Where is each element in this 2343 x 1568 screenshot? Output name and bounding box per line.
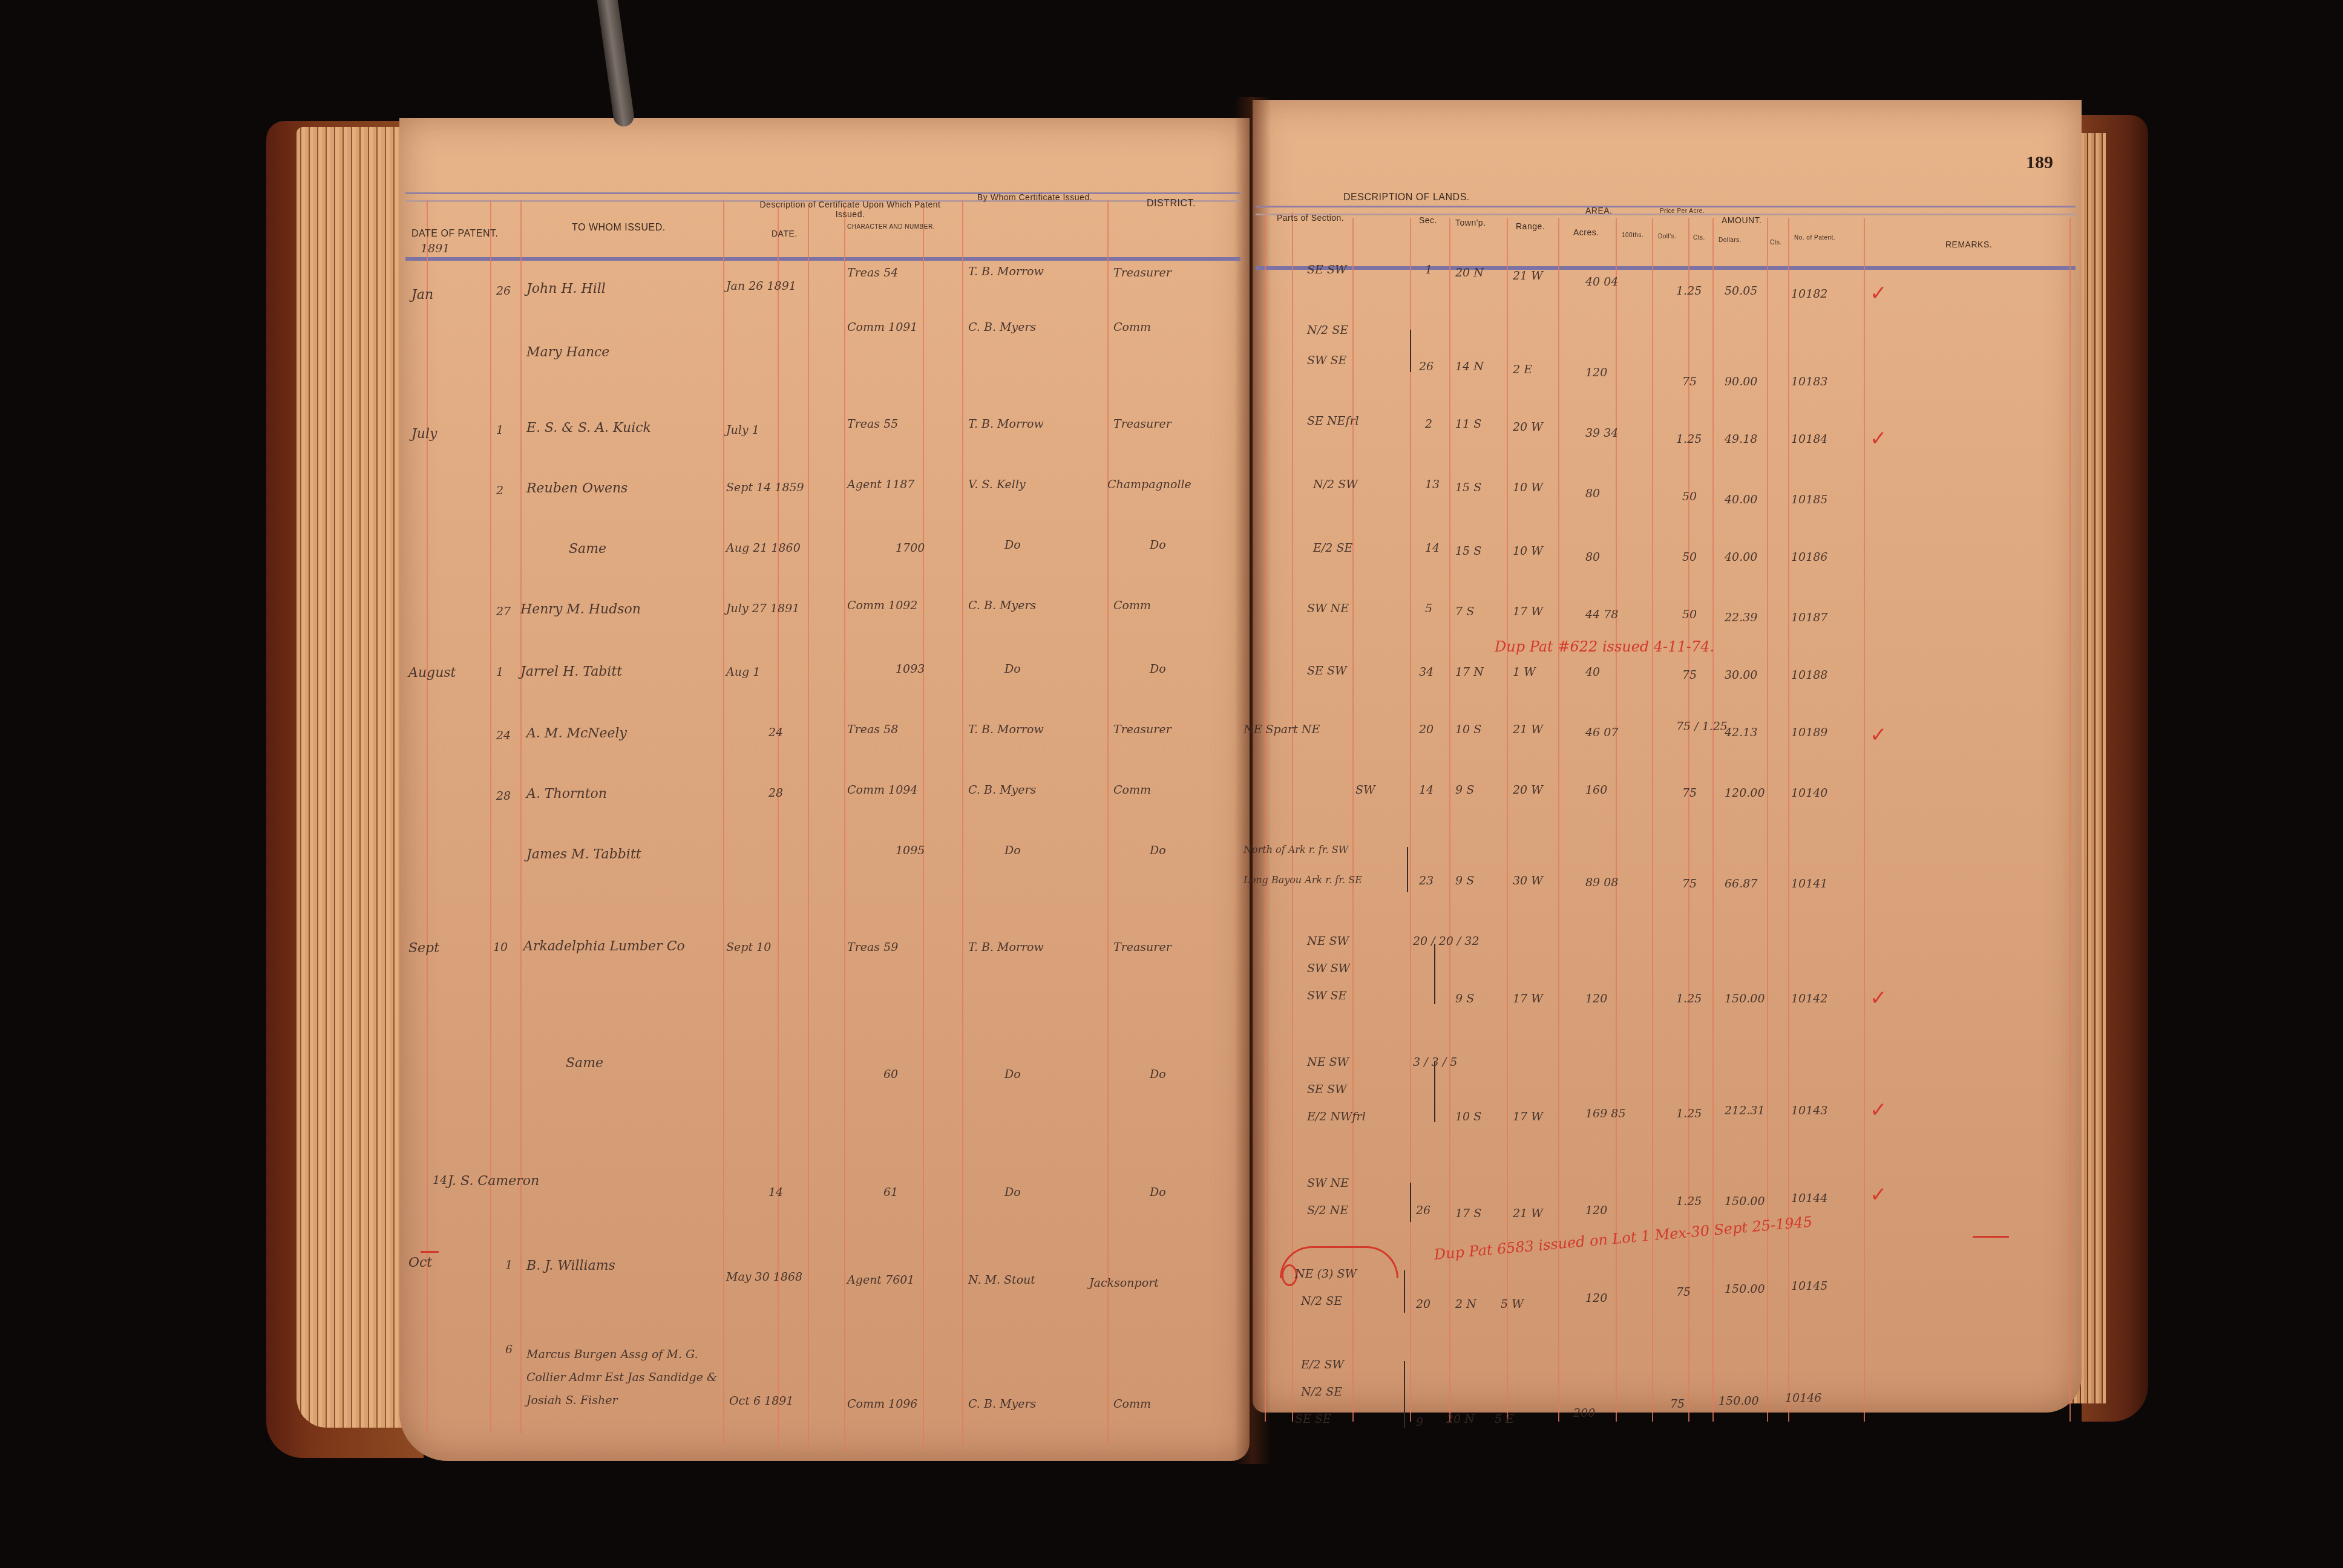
entry-price: 75 [1682, 668, 1697, 682]
col-line [1265, 212, 1266, 1422]
entry-name: John H. Hill [526, 281, 606, 296]
entry-sec: 26 [1419, 360, 1434, 373]
entry-name: B. J. Williams [526, 1258, 615, 1273]
entry-patent-no: 10182 [1791, 287, 1827, 301]
entry-sec: 9 [1416, 1416, 1423, 1429]
entry-town: 7 S [1455, 605, 1474, 618]
entry-town: 14 N [1455, 360, 1484, 373]
entry-range: 21 W [1513, 269, 1543, 283]
entry-day: 1 [496, 665, 503, 679]
entry-month: July [411, 426, 437, 442]
entry-amount: 150.00 [1719, 1394, 1758, 1408]
col-line [1352, 218, 1354, 1422]
entry-month: Jan [411, 287, 433, 302]
col-line [923, 206, 924, 1452]
entry-day: 2 [496, 484, 503, 497]
entry-price: 75 [1682, 877, 1697, 890]
entry-patent-no: 10145 [1791, 1279, 1827, 1293]
header-sec: Sec. [1419, 215, 1437, 225]
entry-patent-no: 10140 [1791, 786, 1827, 800]
entry-acres: 120 [1585, 366, 1607, 379]
entry-by-whom: Do [1004, 538, 1021, 552]
entry-name: Reuben Owens [526, 481, 628, 496]
entry-sec: 3 / 3 / 5 [1413, 1056, 1457, 1069]
entry-amount: 150.00 [1725, 992, 1765, 1005]
entry-sec: 13 [1425, 478, 1440, 491]
entry-name: Henry M. Hudson [520, 602, 641, 617]
entry-by-whom: T. B. Morrow [968, 265, 1044, 278]
entry-cert-day: 28 [768, 786, 783, 800]
entry-acres: 40 04 [1585, 275, 1618, 289]
col-line [427, 200, 428, 1434]
entry-cert-type: Treas 59 [847, 941, 898, 954]
entry-town: 9 S [1455, 783, 1474, 797]
entry-town: 17 S [1455, 1207, 1481, 1220]
entry-day: 27 [496, 605, 511, 618]
entry-price: 1.25 [1676, 433, 1702, 446]
header-by-whom: By Whom Certificate Issued. [971, 192, 1098, 202]
entry-cert-day: 24 [768, 726, 783, 739]
entry-range: 1 W [1513, 665, 1536, 679]
entry-cert-type: Comm 1091 [847, 321, 917, 334]
entry-range: 10 W [1513, 481, 1543, 494]
entry-cert-type: Treas 54 [847, 266, 898, 279]
entry-district: Comm [1113, 599, 1151, 612]
entry-price: 50 [1682, 550, 1697, 564]
entry-district: Treasurer [1113, 266, 1171, 279]
col-line [723, 200, 724, 1446]
entry-acres: 169 85 [1585, 1107, 1626, 1120]
entry-patent-no: 10142 [1791, 992, 1827, 1005]
entry-range: 10 W [1513, 544, 1543, 558]
entry-range: 21 W [1513, 723, 1543, 736]
entry-district: Comm [1113, 783, 1151, 797]
entry-name: A. M. McNeely [526, 726, 627, 741]
entry-range: 30 W [1513, 874, 1543, 887]
entry-day: 28 [496, 789, 511, 803]
entry-parts: NE SW [1307, 935, 1349, 948]
entry-parts: NE (3) SW [1295, 1267, 1357, 1281]
header-price-cts: Cts. [1693, 235, 1705, 241]
entry-range: 2 E [1513, 363, 1532, 376]
entry-price: 1.25 [1676, 992, 1702, 1005]
entry-amount: 49.18 [1725, 433, 1757, 446]
entry-acres: 46 07 [1585, 726, 1618, 739]
entry-town: 11 S [1455, 417, 1481, 431]
entry-acres: 120 [1585, 1204, 1607, 1217]
header-parts-of-section: Parts of Section. [1277, 213, 1344, 223]
entry-district: Treasurer [1113, 723, 1171, 736]
entry-sec: 34 [1419, 665, 1434, 679]
entry-acres: 40 [1585, 665, 1600, 679]
entry-cert-no: 1093 [896, 662, 925, 676]
entry-sec: 20 / 20 / 32 [1413, 935, 1480, 948]
entry-parts: E/2 SW [1301, 1358, 1344, 1371]
entry-price: 50 [1682, 608, 1697, 621]
entry-town: 20 N [1455, 266, 1484, 279]
header-amount-cts: Cts. [1770, 240, 1782, 246]
entry-patent-no: 10146 [1785, 1391, 1821, 1405]
entry-district: Do [1150, 538, 1166, 552]
entry-amount: 212.31 [1725, 1104, 1765, 1117]
entry-name: Arkadelphia Lumber Co [523, 939, 685, 954]
entry-amount: 150.00 [1725, 1195, 1765, 1208]
entry-patent-no: 10187 [1791, 611, 1827, 624]
entry-sec: 26 [1416, 1204, 1430, 1217]
entry-town: 9 S [1455, 874, 1474, 887]
col-line [1864, 218, 1865, 1422]
entry-district: Do [1150, 844, 1166, 857]
entry-sec: 2 [1425, 417, 1432, 431]
header-description-of-lands: DESCRIPTION OF LANDS. [1343, 192, 1470, 203]
entry-cert-no: 61 [883, 1186, 898, 1199]
entry-price: 75 [1676, 1285, 1691, 1299]
entry-sec: 20 [1416, 1298, 1430, 1311]
entry-cert-date: Jan 26 1891 [726, 279, 796, 293]
col-line [2069, 218, 2071, 1422]
entry-parts: SE SW [1307, 1083, 1346, 1096]
entry-range: 17 W [1513, 1110, 1543, 1123]
entry-acres: 89 08 [1585, 876, 1618, 889]
entry-by-whom: T. B. Morrow [968, 417, 1044, 431]
header-acres: Acres. [1573, 227, 1599, 237]
entry-cert-date: July 1 [726, 423, 759, 437]
entry-parts: N/2 SE [1301, 1385, 1342, 1399]
header-character-number: CHARACTER AND NUMBER. [847, 224, 935, 230]
header-amount-dollars: Dollars. [1719, 237, 1742, 244]
entry-cert-no: 1700 [896, 541, 925, 555]
brace-mark [1410, 330, 1411, 372]
entry-price: 1.25 [1676, 1195, 1702, 1208]
entry-parts: Long Bayou Ark r. fr. SE [1244, 874, 1362, 886]
entry-patent-no: 10186 [1791, 550, 1827, 564]
column-header-rule-right [1256, 266, 2076, 270]
entry-day: 26 [496, 284, 511, 298]
entry-name: Same [569, 541, 606, 557]
entry-range: 5 W [1501, 1298, 1524, 1311]
col-line [1788, 218, 1789, 1422]
entry-parts: N/2 SW [1313, 478, 1358, 491]
entry-acres: 39 34 [1585, 426, 1618, 440]
entry-name: E. S. & S. A. Kuick [526, 420, 651, 436]
entry-name: James M. Tabbitt [526, 847, 641, 862]
entry-cert-type: Agent 1187 [847, 478, 914, 491]
col-line [844, 206, 845, 1452]
entry-district: Jacksonport [1089, 1276, 1159, 1290]
header-date-of-patent: DATE OF PATENT. [411, 229, 499, 240]
entry-cert-type: Treas 55 [847, 417, 898, 431]
red-check-icon: ✓ [1870, 281, 1887, 305]
col-line [778, 206, 779, 1452]
entry-parts: SE NEfrl [1307, 414, 1359, 428]
entry-sec: 14 [1419, 783, 1434, 797]
entry-parts: SW [1355, 783, 1375, 797]
entry-cert-no: 1095 [896, 844, 925, 857]
entry-sec: 20 [1419, 723, 1434, 736]
entry-sec: 14 [1425, 541, 1440, 555]
entry-acres: 80 [1585, 487, 1600, 500]
header-amount: AMOUNT. [1722, 215, 1762, 225]
header-no-of-patent: No. of Patent. [1794, 235, 1835, 241]
brace-mark [1434, 944, 1435, 1004]
entry-cert-date: July 27 1891 [726, 602, 799, 615]
entry-range: 5 E [1495, 1413, 1514, 1426]
entry-amount: 40.00 [1725, 550, 1757, 564]
entry-patent-no: 10189 [1791, 726, 1827, 739]
entry-by-whom: Do [1004, 1186, 1021, 1199]
entry-parts: SW SW [1307, 962, 1350, 975]
col-line [490, 200, 491, 1434]
bookmark-ribbon [595, 0, 635, 128]
entry-district: Comm [1113, 321, 1151, 334]
entry-acres: 120 [1585, 992, 1607, 1005]
header-township: Town'p. [1455, 218, 1486, 227]
header-area: AREA. [1585, 206, 1613, 215]
entry-amount: 30.00 [1725, 668, 1757, 682]
entry-cert-no: 60 [883, 1068, 898, 1081]
entry-town: 2 N [1455, 1298, 1476, 1311]
col-line [520, 200, 522, 1434]
entry-parts: NE Spart NE [1244, 723, 1320, 736]
entry-parts: SW SE [1307, 354, 1346, 367]
entry-day: 14 [433, 1174, 447, 1187]
red-check-icon: ✓ [1870, 426, 1887, 451]
header-cert-date: DATE. [772, 229, 798, 238]
entry-district: Treasurer [1113, 417, 1171, 431]
entry-town: 17 N [1455, 665, 1484, 679]
entry-town: 9 S [1455, 992, 1474, 1005]
entry-price: 75 [1682, 786, 1697, 800]
right-page [1253, 100, 2082, 1413]
entry-acres: 80 [1585, 550, 1600, 564]
red-check-icon: ✓ [1870, 1098, 1887, 1122]
entry-range: 17 W [1513, 992, 1543, 1005]
entry-amount: 40.00 [1725, 493, 1757, 506]
entry-acres: 200 [1573, 1406, 1595, 1420]
col-line [962, 200, 963, 1446]
entry-cert-type: Treas 58 [847, 723, 898, 736]
entry-acres: 44 78 [1585, 608, 1618, 621]
entry-name: A. Thornton [526, 786, 607, 802]
entry-district: Do [1150, 1068, 1166, 1081]
col-line [1292, 212, 1293, 1422]
entry-day: 1 [496, 423, 503, 437]
entry-parts: N/2 SE [1307, 324, 1348, 337]
entry-name: J. S. Cameron [448, 1174, 539, 1189]
entry-price: 75 [1670, 1397, 1685, 1411]
entry-parts: E/2 NWfrl [1307, 1110, 1366, 1123]
entry-price: 1.25 [1676, 1107, 1702, 1120]
entry-parts: SE SW [1307, 664, 1346, 678]
entry-town: 15 S [1455, 481, 1481, 494]
entry-parts: E/2 SE [1313, 541, 1352, 555]
col-line [1107, 200, 1109, 1446]
entry-district: Do [1150, 1186, 1166, 1199]
entry-range: 17 W [1513, 605, 1543, 618]
entry-cert-date: Oct 6 1891 [729, 1394, 793, 1408]
page-number: 189 [2026, 152, 2053, 173]
col-line [1712, 218, 1714, 1422]
col-line [1767, 218, 1768, 1422]
brace-mark [1404, 1270, 1405, 1313]
entry-amount: 66.87 [1725, 877, 1757, 890]
entry-day: 6 [505, 1343, 513, 1356]
entry-sec: 1 [1425, 263, 1432, 276]
entry-amount: 22.39 [1725, 611, 1757, 624]
entry-name: Marcus Burgen Assg of M. G. Collier Admr… [526, 1343, 720, 1412]
entry-price: 75 [1682, 375, 1697, 388]
entry-town: 10 S [1455, 1110, 1481, 1123]
entry-parts: SE SE [1295, 1413, 1331, 1426]
header-to-whom-issued: TO WHOM ISSUED. [572, 223, 666, 234]
entry-cert-type: Agent 7601 [847, 1273, 914, 1287]
entry-name: Jarrel H. Tabitt [520, 664, 622, 679]
entry-cert-date: Sept 10 [726, 941, 771, 954]
entry-price: 1.25 [1676, 284, 1702, 298]
red-dash-mark [421, 1251, 439, 1253]
entry-month: Sept [408, 941, 439, 956]
brace-mark [1410, 1183, 1411, 1222]
entry-cert-date: Sept 14 1859 [726, 481, 804, 494]
entry-parts: NE SW [1307, 1056, 1349, 1069]
entry-district: Treasurer [1113, 941, 1171, 954]
entry-parts: SW NE [1307, 1177, 1349, 1190]
brace-mark [1404, 1361, 1405, 1428]
entry-patent-no: 10141 [1791, 877, 1827, 890]
entry-patent-no: 10188 [1791, 668, 1827, 682]
header-price-dolls: Doll's. [1658, 234, 1676, 240]
entry-range: 20 W [1513, 783, 1543, 797]
entry-day: 1 [505, 1258, 513, 1272]
header-district: DISTRICT. [1147, 198, 1196, 209]
col-line [1688, 218, 1689, 1422]
col-line [1410, 218, 1411, 1422]
entry-acres: 160 [1585, 783, 1607, 797]
brace-mark [1407, 847, 1408, 892]
header-certificate-description: Description of Certificate Upon Which Pa… [747, 200, 953, 219]
entry-day: 10 [493, 941, 508, 954]
entry-patent-no: 10143 [1791, 1104, 1827, 1117]
header-hundredths: 100ths. [1622, 232, 1643, 239]
entry-parts: SW NE [1307, 602, 1349, 615]
entry-patent-no: 10144 [1791, 1192, 1827, 1205]
entry-by-whom: C. B. Myers [968, 599, 1036, 612]
entry-by-whom: Do [1004, 1068, 1021, 1081]
entry-range: 21 W [1513, 1207, 1543, 1220]
entry-range: 20 W [1513, 420, 1543, 434]
brace-mark [1434, 1062, 1435, 1122]
entry-by-whom: Do [1004, 844, 1021, 857]
year-label: 1891 [421, 242, 450, 255]
entry-amount: 50.05 [1725, 284, 1757, 298]
entry-town: 20 N [1446, 1413, 1475, 1426]
entry-by-whom: V. S. Kelly [968, 478, 1026, 491]
entry-by-whom: Do [1004, 662, 1021, 676]
entry-town: 15 S [1455, 544, 1481, 558]
entry-amount: 90.00 [1725, 375, 1757, 388]
book-photo: DATE OF PATENT. TO WHOM ISSUED. Descript… [0, 0, 2343, 1568]
entry-day: 24 [496, 729, 511, 742]
entry-amount: 150.00 [1725, 1282, 1765, 1296]
entry-district: Comm [1113, 1397, 1151, 1411]
entry-price: 50 [1682, 490, 1697, 503]
red-check-icon: ✓ [1870, 723, 1887, 747]
entry-parts: North of Ark r. fr. SW [1244, 844, 1348, 855]
header-price-per-acre: Price Per Acre. [1655, 208, 1709, 215]
entry-by-whom: C. B. Myers [968, 321, 1036, 334]
entry-sec: 5 [1425, 602, 1432, 615]
entry-district: Champagnolle [1107, 478, 1191, 491]
red-check-icon: ✓ [1870, 986, 1887, 1010]
col-line [808, 206, 809, 1452]
entry-name: Mary Hance [526, 345, 609, 360]
entry-month: August [408, 665, 456, 681]
red-check-icon: ✓ [1870, 1183, 1887, 1207]
entry-by-whom: T. B. Morrow [968, 941, 1044, 954]
header-range: Range. [1516, 221, 1545, 231]
red-annotation-duplicate-patent: Dup Pat #622 issued 4-11-74. [1495, 638, 1714, 655]
entry-parts: SW SE [1307, 989, 1346, 1002]
entry-parts: N/2 SE [1301, 1295, 1342, 1308]
entry-by-whom: C. B. Myers [968, 783, 1036, 797]
entry-cert-type: Comm 1092 [847, 599, 917, 612]
header-remarks: REMARKS. [1945, 240, 1992, 249]
entry-cert-day: 14 [768, 1186, 783, 1199]
entry-by-whom: N. M. Stout [968, 1273, 1035, 1287]
entry-parts: SE SW [1307, 263, 1346, 276]
entry-cert-type: Comm 1094 [847, 783, 917, 797]
entry-patent-no: 10185 [1791, 493, 1827, 506]
entry-amount: 42.13 [1725, 726, 1757, 739]
entry-cert-type: Comm 1096 [847, 1397, 917, 1411]
entry-price: 75 / 1.25 [1676, 720, 1728, 733]
entry-month: Oct [408, 1255, 432, 1270]
entry-acres: 120 [1585, 1292, 1607, 1305]
entry-name: Same [566, 1056, 603, 1071]
entry-by-whom: T. B. Morrow [968, 723, 1044, 736]
column-header-rule-left [405, 257, 1240, 261]
entry-cert-date: Aug 1 [726, 665, 760, 679]
col-line [1449, 218, 1450, 1422]
entry-district: Do [1150, 662, 1166, 676]
entry-cert-date: Aug 21 1860 [726, 541, 801, 555]
entry-patent-no: 10184 [1791, 433, 1827, 446]
entry-sec: 23 [1419, 874, 1434, 887]
entry-cert-date: May 30 1868 [726, 1270, 802, 1284]
entry-patent-no: 10183 [1791, 375, 1827, 388]
red-dash-mark [1973, 1236, 2009, 1238]
entry-town: 10 S [1455, 723, 1481, 736]
entry-parts: S/2 NE [1307, 1204, 1348, 1217]
page-edges-left [297, 127, 405, 1428]
entry-by-whom: C. B. Myers [968, 1397, 1036, 1411]
entry-amount: 120.00 [1725, 786, 1765, 800]
